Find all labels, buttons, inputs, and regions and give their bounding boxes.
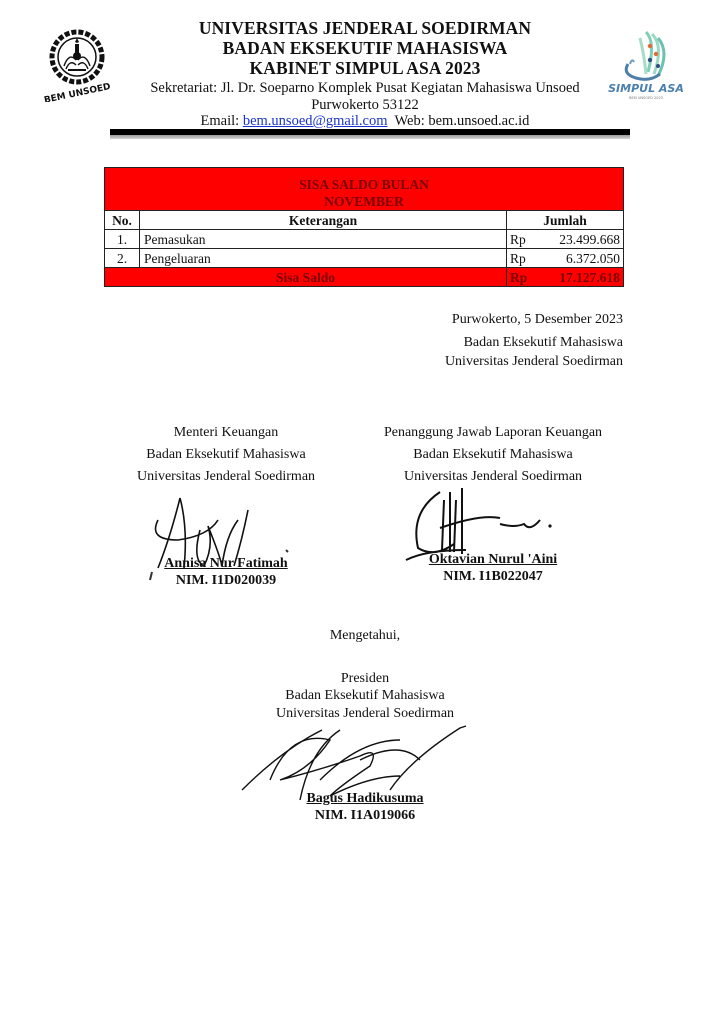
- table-title-line2: NOVEMBER: [109, 193, 619, 210]
- address-line1: Sekretariat: Jl. Dr. Soeparno Komplek Pu…: [120, 79, 610, 97]
- currency: Rp: [510, 250, 526, 267]
- svg-text:BEM UNSOED: BEM UNSOED: [43, 82, 111, 102]
- row-jumlah: Rp23.499.668: [507, 230, 624, 249]
- issuer-university: Universitas Jenderal Soedirman: [445, 352, 623, 372]
- contact-line: Email: bem.unsoed@gmail.com Web: bem.uns…: [120, 112, 610, 130]
- bem-unsoed-logo: BEM UNSOED: [38, 24, 116, 102]
- amount: 17.127.618: [559, 269, 620, 286]
- simpul-asa-logo: SIMPUL ASA BEM UNSOED 2023: [606, 24, 686, 104]
- column-header-no: No.: [105, 211, 140, 230]
- web-address: bem.unsoed.ac.id: [428, 113, 529, 129]
- amount: 23.499.668: [559, 231, 620, 248]
- web-label: Web:: [394, 113, 424, 129]
- email-link[interactable]: bem.unsoed@gmail.com: [243, 113, 388, 129]
- left-signatory-name: Annisa Nur Fatimah: [106, 556, 346, 572]
- left-signatory-nim: NIM. I1D020039: [106, 573, 346, 589]
- right-signatory-org: Badan Eksekutif Mahasiswa: [362, 445, 624, 465]
- place-date: Purwokerto, 5 Desember 2023: [452, 310, 623, 330]
- currency: Rp: [510, 269, 527, 286]
- left-signatory-role: Menteri Keuangan: [106, 423, 346, 443]
- amount: 6.372.050: [566, 250, 620, 267]
- table-row: 2. Pengeluaran Rp6.372.050: [105, 249, 624, 268]
- bottom-signatory-nim: NIM. I1A019066: [230, 808, 500, 824]
- issuer-org: Badan Eksekutif Mahasiswa: [464, 333, 623, 353]
- right-signatory-role: Penanggung Jawab Laporan Keuangan: [362, 423, 624, 443]
- column-header-keterangan: Keterangan: [140, 211, 507, 230]
- simpul-asa-peacock-icon: SIMPUL ASA BEM UNSOED 2023: [606, 24, 686, 104]
- row-keterangan: Pemasukan: [140, 230, 507, 249]
- total-amount: Rp17.127.618: [507, 268, 624, 287]
- bem-unsoed-emblem-icon: BEM UNSOED: [38, 24, 116, 102]
- row-no: 2.: [105, 249, 140, 268]
- table-row: 1. Pemasukan Rp23.499.668: [105, 230, 624, 249]
- header-rule-shadow: [110, 135, 630, 139]
- column-header-jumlah: Jumlah: [507, 211, 624, 230]
- row-no: 1.: [105, 230, 140, 249]
- acknowledged-label: Mengetahui,: [230, 626, 500, 646]
- email-label: Email:: [201, 113, 240, 129]
- right-signatory-name: Oktavian Nurul 'Aini: [362, 552, 624, 568]
- left-signatory-university: Universitas Jenderal Soedirman: [106, 467, 346, 487]
- right-signatory-nim: NIM. I1B022047: [362, 569, 624, 585]
- row-keterangan: Pengeluaran: [140, 249, 507, 268]
- organization-title: BADAN EKSEKUTIF MAHASISWA: [150, 38, 580, 58]
- table-title-line1: SISA SALDO BULAN: [109, 176, 619, 193]
- balance-table: SISA SALDO BULAN NOVEMBER No. Keterangan…: [104, 167, 624, 287]
- bottom-signatory-org: Badan Eksekutif Mahasiswa: [230, 686, 500, 706]
- row-jumlah: Rp6.372.050: [507, 249, 624, 268]
- total-row: Sisa Saldo Rp17.127.618: [105, 268, 624, 287]
- cabinet-title: KABINET SIMPUL ASA 2023: [150, 58, 580, 78]
- currency: Rp: [510, 231, 526, 248]
- bottom-signatory-name: Bagus Hadikusuma: [230, 791, 500, 807]
- svg-text:BEM UNSOED 2023: BEM UNSOED 2023: [629, 96, 663, 100]
- left-signatory-org: Badan Eksekutif Mahasiswa: [106, 445, 346, 465]
- svg-text:SIMPUL ASA: SIMPUL ASA: [608, 82, 684, 95]
- table-title: SISA SALDO BULAN NOVEMBER: [105, 168, 624, 211]
- total-label: Sisa Saldo: [105, 268, 507, 287]
- university-title: UNIVERSITAS JENDERAL SOEDIRMAN: [150, 18, 580, 38]
